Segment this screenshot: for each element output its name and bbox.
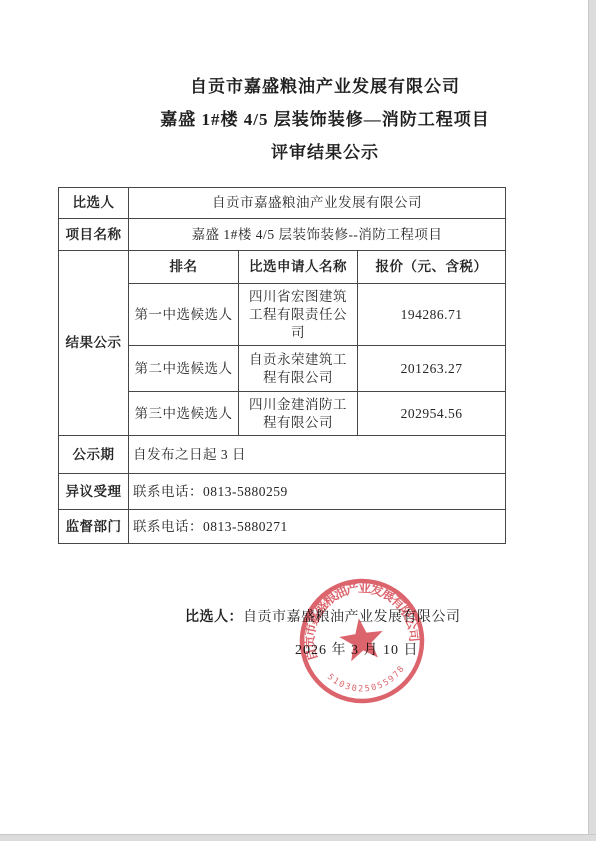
document-page: 自贡市嘉盛粮油产业发展有限公司 嘉盛 1#楼 4/5 层装饰装修—消防工程项目 … — [0, 0, 596, 841]
seal-star-icon — [337, 615, 386, 662]
candidate-2-rank: 第二中选候选人 — [129, 346, 239, 392]
page-edge-shadow-bottom — [0, 834, 596, 841]
candidate-1-price: 194286.71 — [358, 284, 506, 346]
candidate-2-price: 201263.27 — [358, 346, 506, 392]
candidate-1-rank: 第一中选候选人 — [129, 284, 239, 346]
candidate-1-name: 四川省宏图建筑工程有限责任公司 — [239, 284, 358, 346]
candidate-3-name: 四川金建消防工程有限公司 — [239, 392, 358, 436]
table-row: 比选人 自贡市嘉盛粮油产业发展有限公司 — [59, 188, 506, 219]
project-name-label: 项目名称 — [59, 219, 129, 251]
supervision-label: 监督部门 — [59, 510, 129, 544]
page-edge-shadow-right — [588, 0, 596, 841]
column-header-rank: 排名 — [129, 251, 239, 284]
publicity-period-value: 自发布之日起 3 日 — [129, 436, 506, 474]
table-row: 项目名称 嘉盛 1#楼 4/5 层装饰装修--消防工程项目 — [59, 219, 506, 251]
project-name-value: 嘉盛 1#楼 4/5 层装饰装修--消防工程项目 — [129, 219, 506, 251]
table-row: 公示期 自发布之日起 3 日 — [59, 436, 506, 474]
title-line-announcement: 评审结果公示 — [55, 136, 595, 169]
objection-phone: 联系电话：0813-5880259 — [129, 474, 506, 510]
column-header-price: 报价（元、含税） — [358, 251, 506, 284]
candidate-3-rank: 第三中选候选人 — [129, 392, 239, 436]
supervision-phone: 联系电话：0813-5880271 — [129, 510, 506, 544]
result-label: 结果公示 — [59, 251, 129, 436]
title-line-company: 自贡市嘉盛粮油产业发展有限公司 — [55, 70, 595, 103]
title-line-project: 嘉盛 1#楼 4/5 层装饰装修—消防工程项目 — [55, 103, 595, 136]
footer-signer-label: 比选人： — [185, 610, 243, 625]
table-row: 异议受理 联系电话：0813-5880259 — [59, 474, 506, 510]
table-row: 结果公示 排名 比选申请人名称 报价（元、含税） — [59, 251, 506, 284]
company-seal-stamp: 自贡市嘉盛粮油产业发展有限公司 5103025055978 — [282, 561, 442, 721]
bidder-value: 自贡市嘉盛粮油产业发展有限公司 — [129, 188, 506, 219]
publicity-period-label: 公示期 — [59, 436, 129, 474]
announcement-table: 比选人 自贡市嘉盛粮油产业发展有限公司 项目名称 嘉盛 1#楼 4/5 层装饰装… — [58, 187, 506, 544]
objection-label: 异议受理 — [59, 474, 129, 510]
bidder-label: 比选人 — [59, 188, 129, 219]
document-title: 自贡市嘉盛粮油产业发展有限公司 嘉盛 1#楼 4/5 层装饰装修—消防工程项目 … — [55, 70, 595, 169]
candidate-3-price: 202954.56 — [358, 392, 506, 436]
candidate-2-name: 自贡永荣建筑工程有限公司 — [239, 346, 358, 392]
column-header-applicant: 比选申请人名称 — [239, 251, 358, 284]
table-row: 监督部门 联系电话：0813-5880271 — [59, 510, 506, 544]
